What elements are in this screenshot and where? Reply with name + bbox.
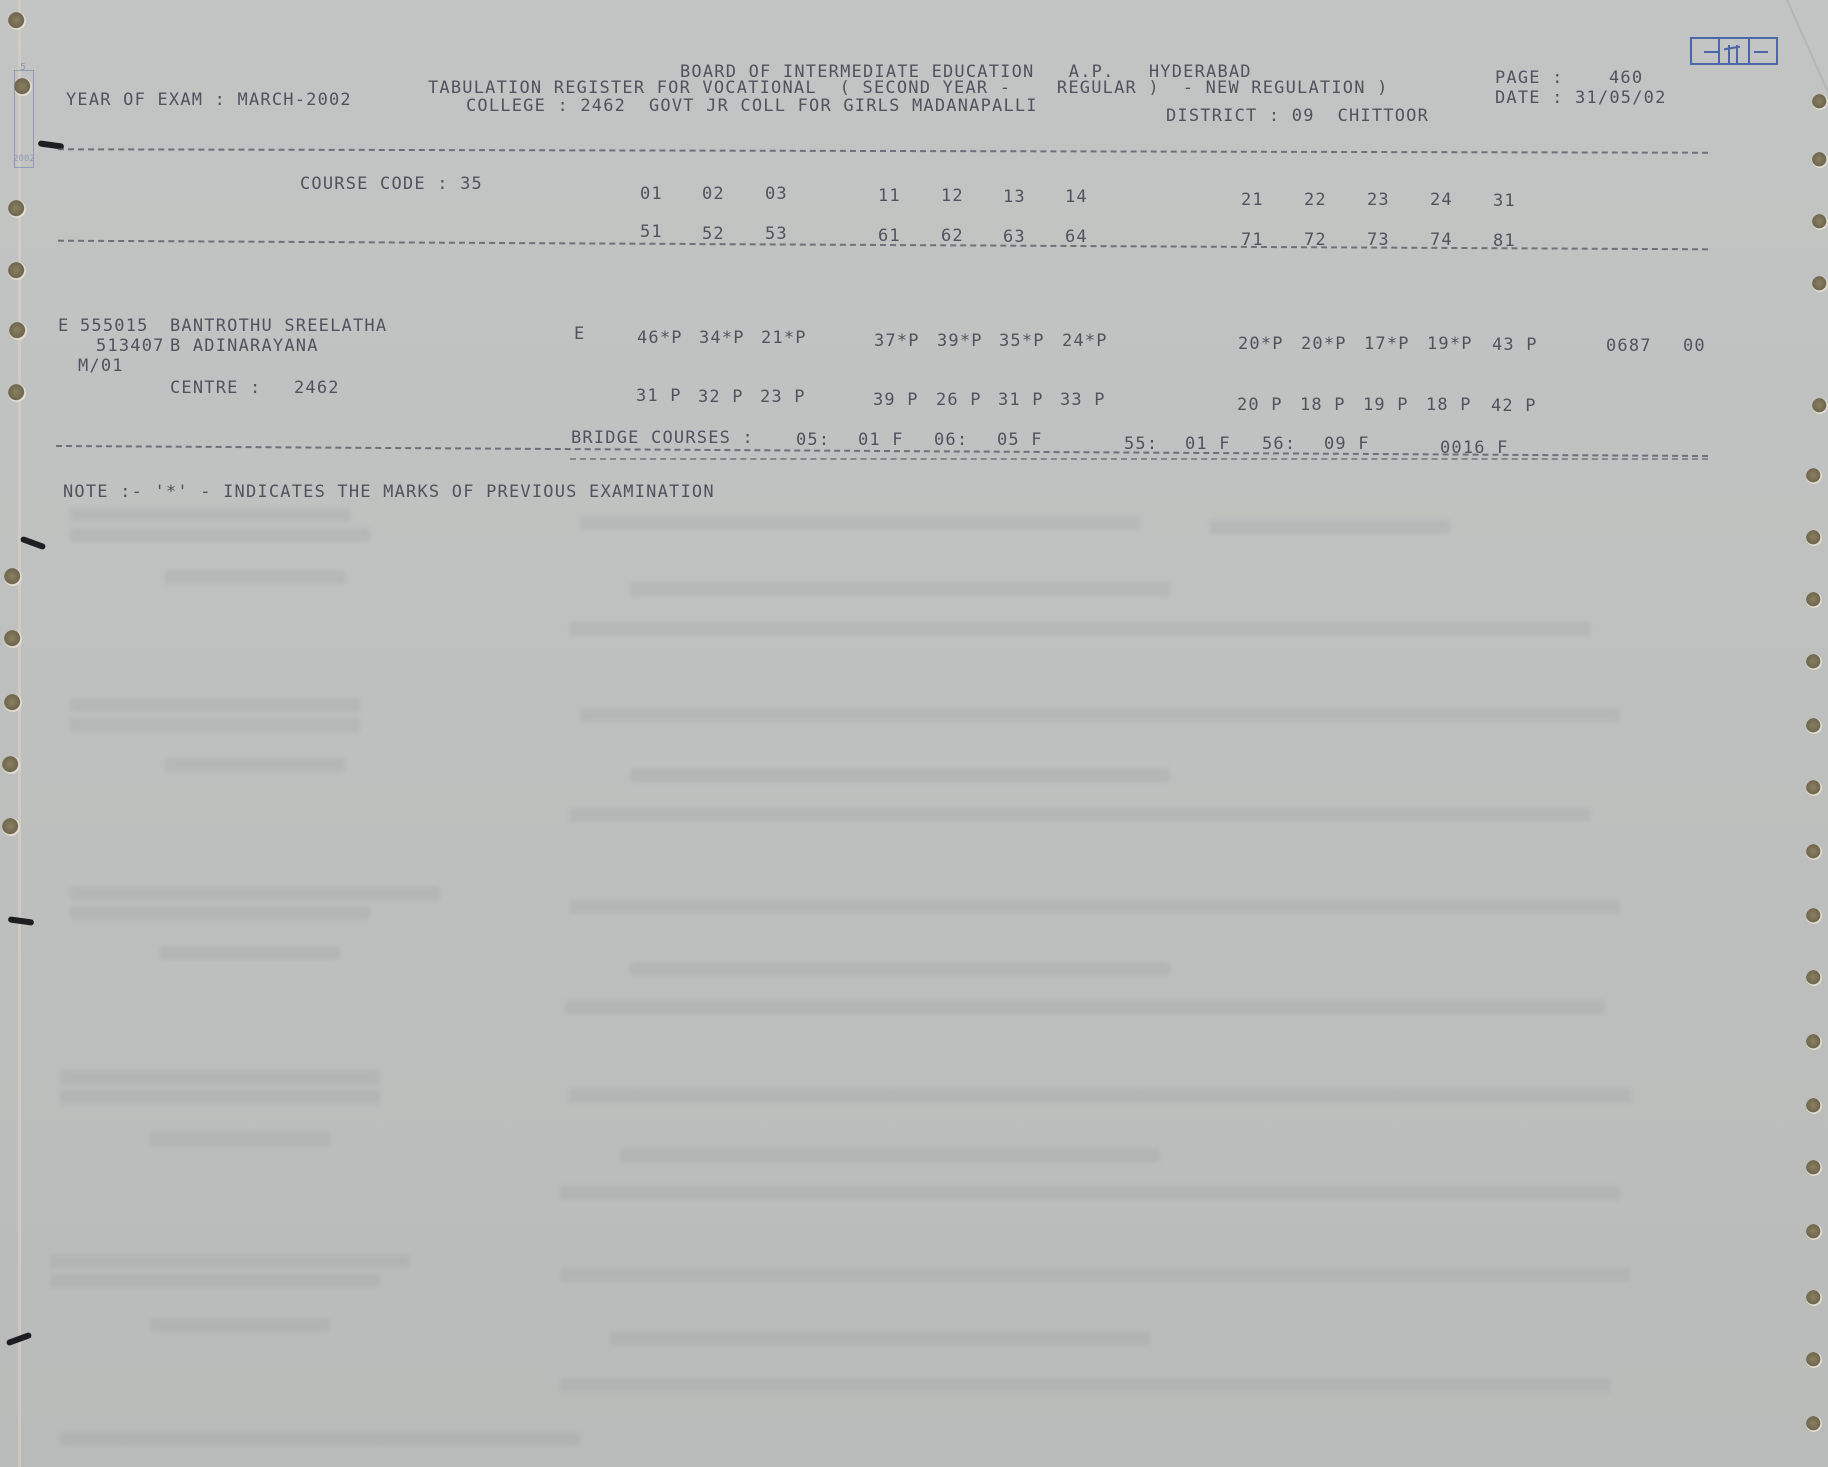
subject-mark: 35*P (999, 333, 1045, 350)
subject-code: 22 (1304, 192, 1327, 209)
subject-mark: 21*P (761, 330, 807, 347)
subject-mark: 18 P (1426, 397, 1472, 414)
subject-mark: 39 P (873, 392, 919, 409)
centre-label: CENTRE : (170, 380, 261, 397)
right-punch-hole (1812, 94, 1828, 110)
binding-mark (8, 916, 35, 926)
subject-mark: 42 P (1491, 398, 1537, 415)
parent-code: 513407 (96, 338, 165, 355)
page-number: 460 (1609, 70, 1643, 87)
course-code: COURSE CODE : 35 (300, 176, 483, 193)
right-punch-hole (1806, 1034, 1822, 1050)
subject-mark: 31 P (636, 388, 682, 405)
subject-code: 63 (1003, 229, 1026, 246)
subject-code: 13 (1003, 189, 1026, 206)
bridge-course-code: 55: (1124, 436, 1158, 453)
tabulation-register-page: 5 2002 BOARD OF INTERMEDIATE EDUCATION A… (0, 0, 1828, 1467)
subject-mark: 20 P (1237, 397, 1283, 414)
divider-line (58, 148, 1708, 153)
bridge-course-mark: 01 F (1185, 436, 1231, 453)
right-punch-hole (1806, 1352, 1822, 1368)
subject-mark: 20*P (1301, 336, 1347, 353)
left-punch-hole (8, 262, 26, 280)
subject-mark: 19*P (1427, 336, 1473, 353)
subject-code: 23 (1367, 192, 1390, 209)
subject-mark: 17*P (1364, 336, 1410, 353)
right-punch-hole (1806, 592, 1822, 608)
record-prefix: E (58, 318, 69, 335)
subject-code: 11 (878, 188, 901, 205)
result-code: 00 (1683, 338, 1706, 355)
subject-code: 12 (941, 188, 964, 205)
right-punch-hole (1806, 780, 1822, 796)
subject-code: 03 (765, 186, 788, 203)
subject-code: 01 (640, 186, 663, 203)
subject-mark: 23 P (760, 389, 806, 406)
bridge-course-code: 56: (1262, 436, 1296, 453)
subject-code: 52 (702, 226, 725, 243)
right-punch-hole (1806, 654, 1822, 670)
left-punch-hole (8, 12, 26, 30)
subject-code: 21 (1241, 192, 1264, 209)
right-punch-hole (1806, 530, 1822, 546)
right-punch-hole (1812, 398, 1828, 414)
subject-mark: 18 P (1300, 397, 1346, 414)
left-punch-hole (8, 200, 26, 218)
bridge-course-mark: 09 F (1324, 436, 1370, 453)
subject-mark: 32 P (698, 389, 744, 406)
page-label: PAGE : (1495, 70, 1564, 87)
year-of-exam: YEAR OF EXAM : MARCH-2002 (66, 92, 352, 109)
register-title: TABULATION REGISTER FOR VOCATIONAL ( SEC… (428, 80, 1389, 97)
subject-mark: 26 P (936, 392, 982, 409)
right-punch-hole (1812, 152, 1828, 168)
left-punch-hole (2, 756, 20, 774)
bridge-courses-label: BRIDGE COURSES : (571, 430, 754, 447)
student-status: E (574, 326, 585, 343)
right-punch-hole (1806, 908, 1822, 924)
bridge-course-mark: 01 F (858, 432, 904, 449)
divider-line (570, 458, 1708, 460)
right-punch-hole (1812, 276, 1828, 292)
left-punch-hole (4, 630, 22, 648)
right-punch-hole (1806, 718, 1822, 734)
subject-mark: 43 P (1492, 337, 1538, 354)
left-punch-hole (4, 694, 22, 712)
right-punch-hole (1806, 1290, 1822, 1306)
parent-name: B ADINARAYANA (170, 338, 319, 355)
bridge-course-code: 06: (934, 432, 968, 449)
right-punch-hole (1806, 970, 1822, 986)
subject-code: 61 (878, 228, 901, 245)
medium-code: M/01 (78, 358, 124, 375)
subject-code: 14 (1065, 189, 1088, 206)
right-punch-hole (1806, 1160, 1822, 1176)
footnote: NOTE :- '*' - INDICATES THE MARKS OF PRE… (63, 484, 715, 501)
perforation-margin (18, 0, 21, 1467)
subject-mark: 37*P (874, 333, 920, 350)
board-logo-box (1690, 37, 1778, 65)
subject-mark: 24*P (1062, 333, 1108, 350)
subject-mark: 34*P (699, 330, 745, 347)
left-punch-hole (4, 568, 22, 586)
subject-code: 62 (941, 228, 964, 245)
binding-mark (20, 536, 46, 551)
right-punch-hole (1806, 844, 1822, 860)
subject-code: 53 (765, 226, 788, 243)
right-punch-hole (1806, 468, 1822, 484)
subject-mark: 33 P (1060, 392, 1106, 409)
subject-code: 51 (640, 224, 663, 241)
centre-code: 2462 (294, 380, 340, 397)
college-line: COLLEGE : 2462 GOVT JR COLL FOR GIRLS MA… (466, 98, 1038, 115)
page-stamp: 5 2002 (14, 70, 34, 168)
subject-mark: 46*P (637, 330, 683, 347)
district-line: DISTRICT : 09 CHITTOOR (1166, 108, 1429, 125)
hall-ticket-number: 555015 (80, 318, 149, 335)
subject-code: 24 (1430, 192, 1453, 209)
subject-mark: 20*P (1238, 336, 1284, 353)
subject-code: 02 (702, 186, 725, 203)
subject-code: 31 (1493, 193, 1516, 210)
subject-mark: 31 P (998, 392, 1044, 409)
right-punch-hole (1812, 214, 1828, 230)
bridge-course-code: 05: (796, 432, 830, 449)
right-punch-hole (1806, 1224, 1822, 1240)
right-punch-hole (1806, 1098, 1822, 1114)
student-name: BANTROTHU SREELATHA (170, 318, 387, 335)
subject-mark: 19 P (1363, 397, 1409, 414)
grand-total: 0687 (1606, 338, 1652, 355)
bridge-course-mark: 05 F (997, 432, 1043, 449)
subject-mark: 39*P (937, 333, 983, 350)
date-label: DATE : 31/05/02 (1495, 90, 1667, 107)
right-punch-hole (1806, 1416, 1822, 1432)
left-punch-hole (9, 322, 27, 340)
left-punch-hole (2, 818, 20, 836)
subject-code: 64 (1065, 229, 1088, 246)
left-punch-hole (8, 384, 26, 402)
